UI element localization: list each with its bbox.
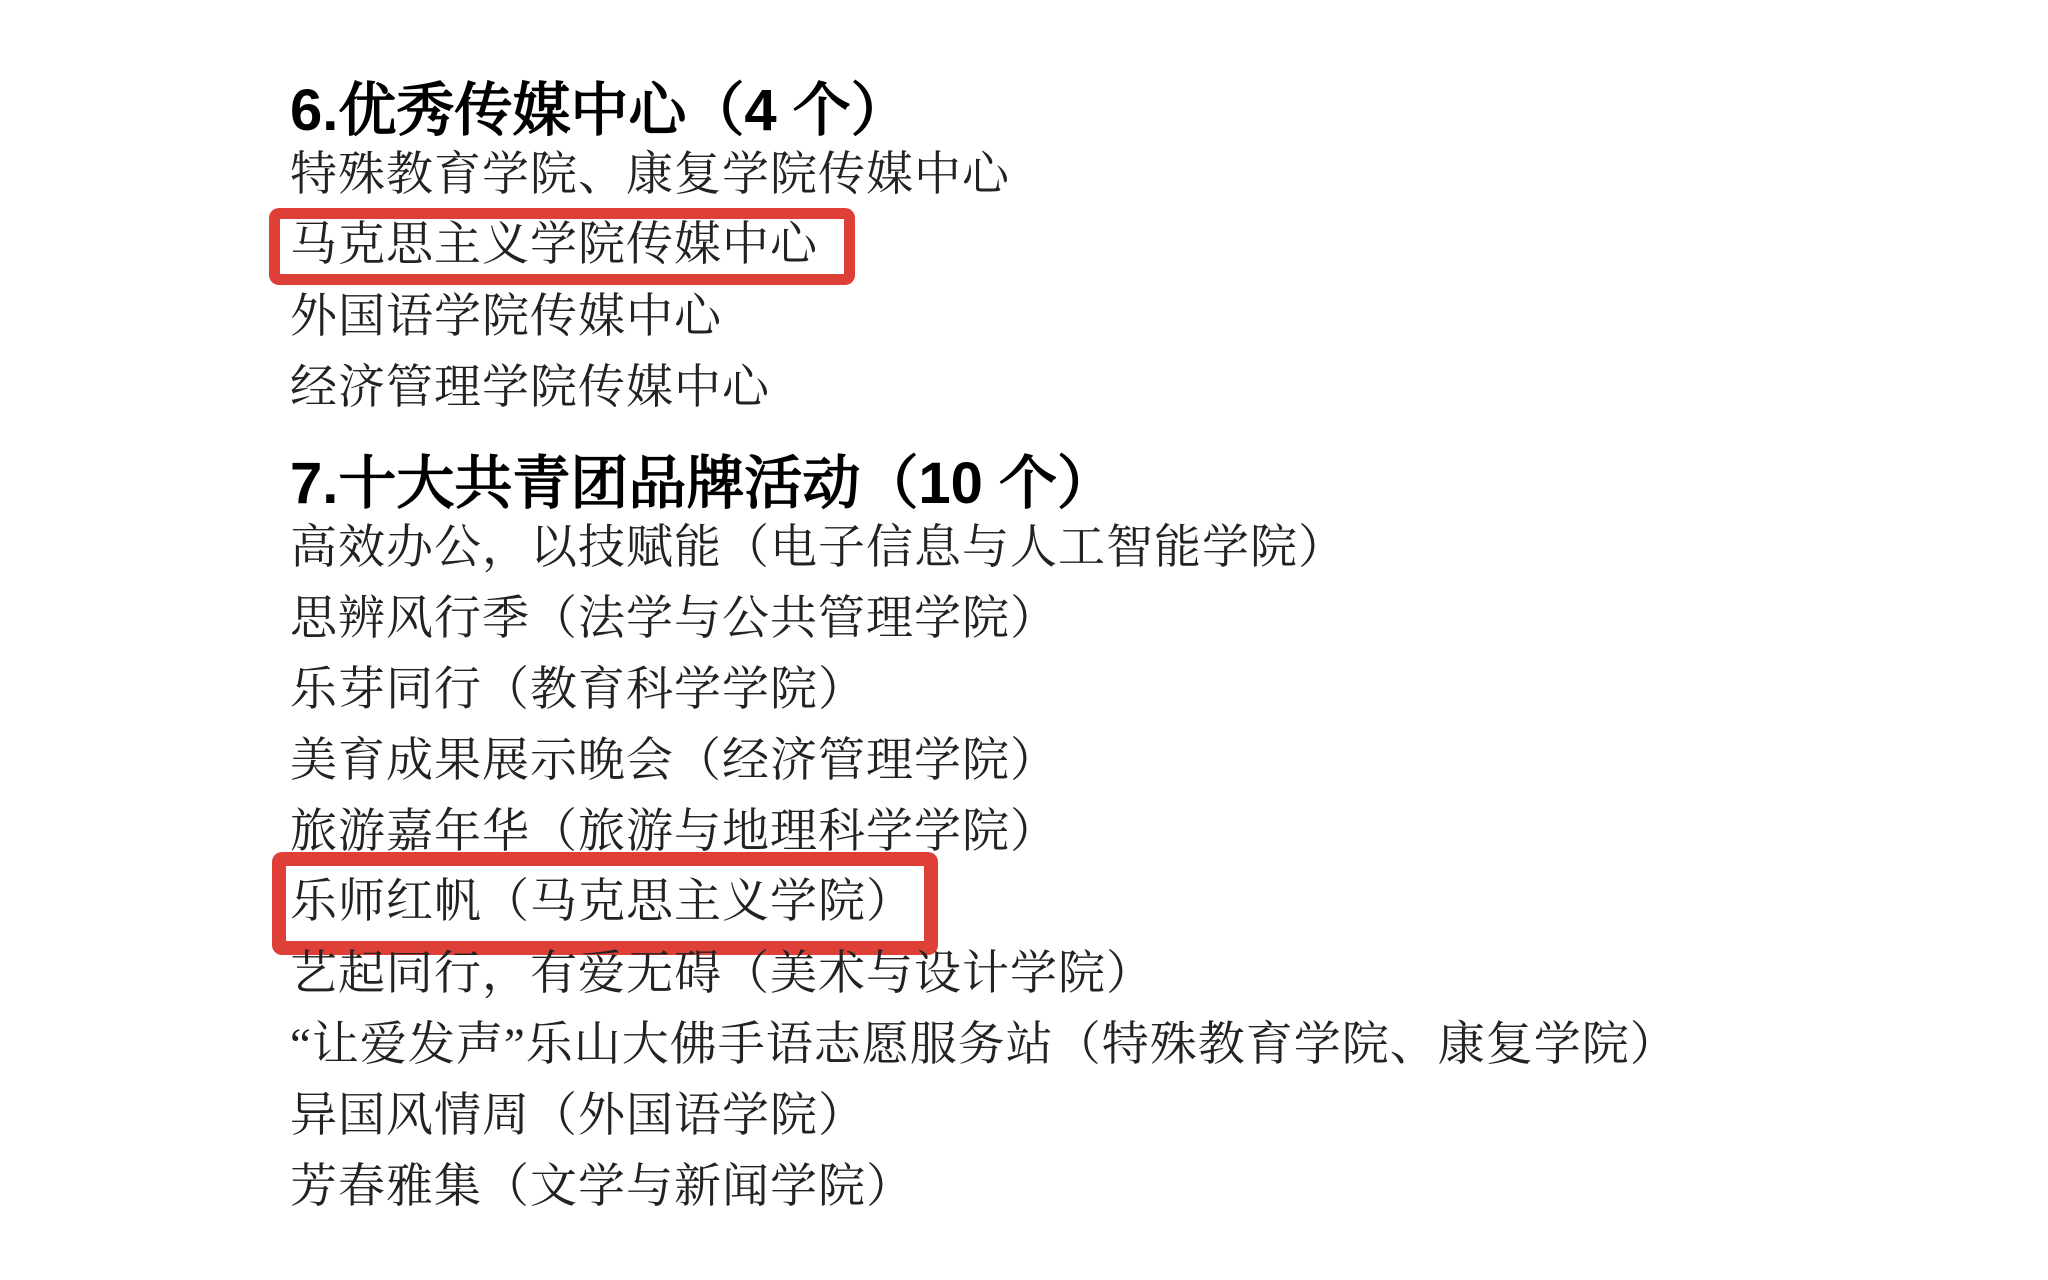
list-item-text: 思辨风行季（法学与公共管理学院） [290, 595, 1058, 644]
list-item-text: 艺起同行，有爱无碍（美术与设计学院） [290, 950, 1154, 999]
highlight-box: 马克思主义学院传媒中心 [269, 208, 855, 285]
list-item: 外国语学院传媒中心 [290, 282, 1968, 353]
list-item: “让爱发声”乐山大佛手语志愿服务站（特殊教育学院、康复学院） [290, 1010, 1968, 1081]
list-item-text: 芳春雅集（文学与新闻学院） [290, 1163, 914, 1212]
list-item-text: 高效办公，以技赋能（电子信息与人工智能学院） [290, 524, 1346, 573]
list-item-text: 异国风情周（外国语学院） [290, 1092, 866, 1141]
list-item: 美育成果展示晚会（经济管理学院） [290, 726, 1968, 797]
highlight-box: 乐师红帆（马克思主义学院） [272, 852, 938, 955]
list-item: 乐师红帆（马克思主义学院） [290, 868, 1968, 939]
list-item: 芳春雅集（文学与新闻学院） [290, 1152, 1968, 1223]
list-item-text: 美育成果展示晚会（经济管理学院） [290, 737, 1058, 786]
list-item: 经济管理学院传媒中心 [290, 353, 1968, 424]
list-item-text: 经济管理学院传媒中心 [290, 364, 770, 413]
list-item-text: 特殊教育学院、康复学院传媒中心 [290, 151, 1010, 200]
section-heading: 6.优秀传媒中心（4 个） [290, 82, 1968, 140]
list-item: 高效办公，以技赋能（电子信息与人工智能学院） [290, 513, 1968, 584]
section: 7.十大共青团品牌活动（10 个） 高效办公，以技赋能（电子信息与人工智能学院）… [290, 455, 1968, 1223]
list-item: 艺起同行，有爱无碍（美术与设计学院） [290, 939, 1968, 1010]
list-item-text: 旅游嘉年华（旅游与地理科学学院） [290, 808, 1058, 857]
list-item-text: 外国语学院传媒中心 [290, 293, 722, 342]
document-body: 6.优秀传媒中心（4 个） 特殊教育学院、康复学院传媒中心 马克思主义学院传媒中… [290, 82, 1968, 1223]
list-item: 马克思主义学院传媒中心 [290, 211, 1968, 282]
list-item: 思辨风行季（法学与公共管理学院） [290, 584, 1968, 655]
list-item: 异国风情周（外国语学院） [290, 1081, 1968, 1152]
list-item-text: “让爱发声”乐山大佛手语志愿服务站（特殊教育学院、康复学院） [290, 1021, 1678, 1070]
list-item: 乐芽同行（教育科学学院） [290, 655, 1968, 726]
list-item-text: 乐芽同行（教育科学学院） [290, 666, 866, 715]
section-heading: 7.十大共青团品牌活动（10 个） [290, 455, 1968, 513]
section: 6.优秀传媒中心（4 个） 特殊教育学院、康复学院传媒中心 马克思主义学院传媒中… [290, 82, 1968, 424]
list-item: 特殊教育学院、康复学院传媒中心 [290, 140, 1968, 211]
document-page: 6.优秀传媒中心（4 个） 特殊教育学院、康复学院传媒中心 马克思主义学院传媒中… [0, 0, 2048, 1280]
